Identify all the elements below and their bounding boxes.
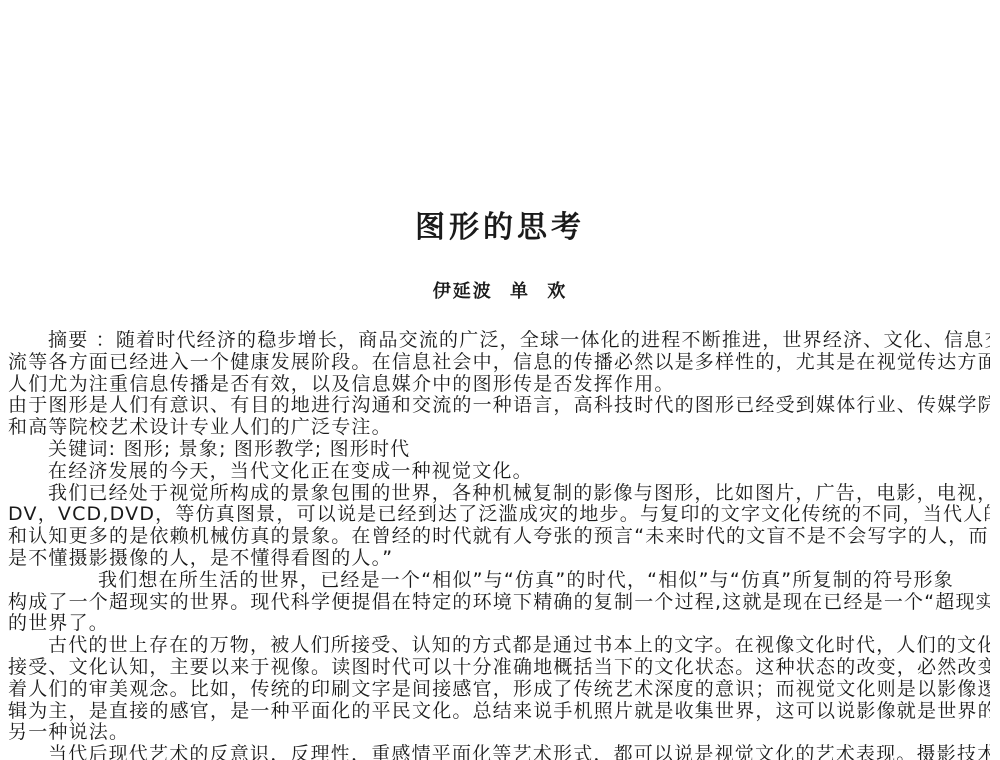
paper-body: 摘要 ：随着时代经济的稳步增长，商品交流的广泛，全球一体化的进程不断推进，世界经…	[8, 330, 990, 760]
text-line: 我们想在所生活的世界，已经是一个“相似”与“仿真”的时代，“相似”与“仿真”所复…	[8, 570, 990, 592]
text-line: 和认知更多的是依赖机械仿真的景象。在曾经的时代就有人夸张的预言“未来时代的文盲不…	[8, 526, 990, 548]
text-line: 接受、文化认知，主要以来于视像。读图时代可以十分准确地概括当下的文化状态。这种状…	[8, 657, 990, 679]
text-line: 是不懂摄影摄像的人，是不懂得看图的人。”	[8, 548, 990, 570]
text-line: 构成了一个超现实的世界。现代科学便提倡在特定的环境下精确的复制一个过程,这就是现…	[8, 592, 990, 614]
text-line: DV，VCD,DVD，等仿真图景，可以说是已经到达了泛滥成灾的地步。与复印的文字…	[8, 504, 990, 526]
paper-title: 图形的思考	[0, 202, 1000, 246]
text-line: 流等各方面已经进入一个健康发展阶段。在信息社会中，信息的传播必然以是多样性的，尤…	[8, 352, 990, 374]
document-page: 图形的思考 伊延波 单 欢 摘要 ：随着时代经济的稳步增长，商品交流的广泛，全球…	[0, 0, 1000, 760]
text-line: 当代后现代艺术的反意识，反理性，重感情平面化等艺术形式，都可以说是视觉文化的艺术…	[8, 744, 990, 760]
text-line: 人们尤为注重信息传播是否有效，以及信息媒介中的图形传是否发挥作用。	[8, 374, 990, 396]
text-line: 古代的世上存在的万物，被人们所接受、认知的方式都是通过书本上的文字。在视像文化时…	[8, 635, 990, 657]
text-line: 的世界了。	[8, 613, 990, 635]
text-line: 关键词: 图形; 景象; 图形教学; 图形时代	[8, 439, 990, 461]
text-line: 辑为主，是直接的感官，是一种平面化的平民文化。总结来说手机照片就是收集世界，这可…	[8, 701, 990, 723]
text-line: 和高等院校艺术设计专业人们的广泛专注。	[8, 417, 990, 439]
paper-authors: 伊延波 单 欢	[0, 277, 1000, 303]
text-line: 由于图形是人们有意识、有目的地进行沟通和交流的一种语言，高科技时代的图形已经受到…	[8, 395, 990, 417]
text-line: 摘要 ：随着时代经济的稳步增长，商品交流的广泛，全球一体化的进程不断推进，世界经…	[8, 330, 990, 352]
text-line: 在经济发展的今天，当代文化正在变成一种视觉文化。	[8, 461, 990, 483]
text-line: 着人们的审美观念。比如，传统的印刷文字是间接感官，形成了传统艺术深度的意识；而视…	[8, 679, 990, 701]
text-line: 我们已经处于视觉所构成的景象包围的世界，各种机械复制的影像与图形，比如图片，广告…	[8, 483, 990, 505]
text-line: 另一种说法。	[8, 722, 990, 744]
